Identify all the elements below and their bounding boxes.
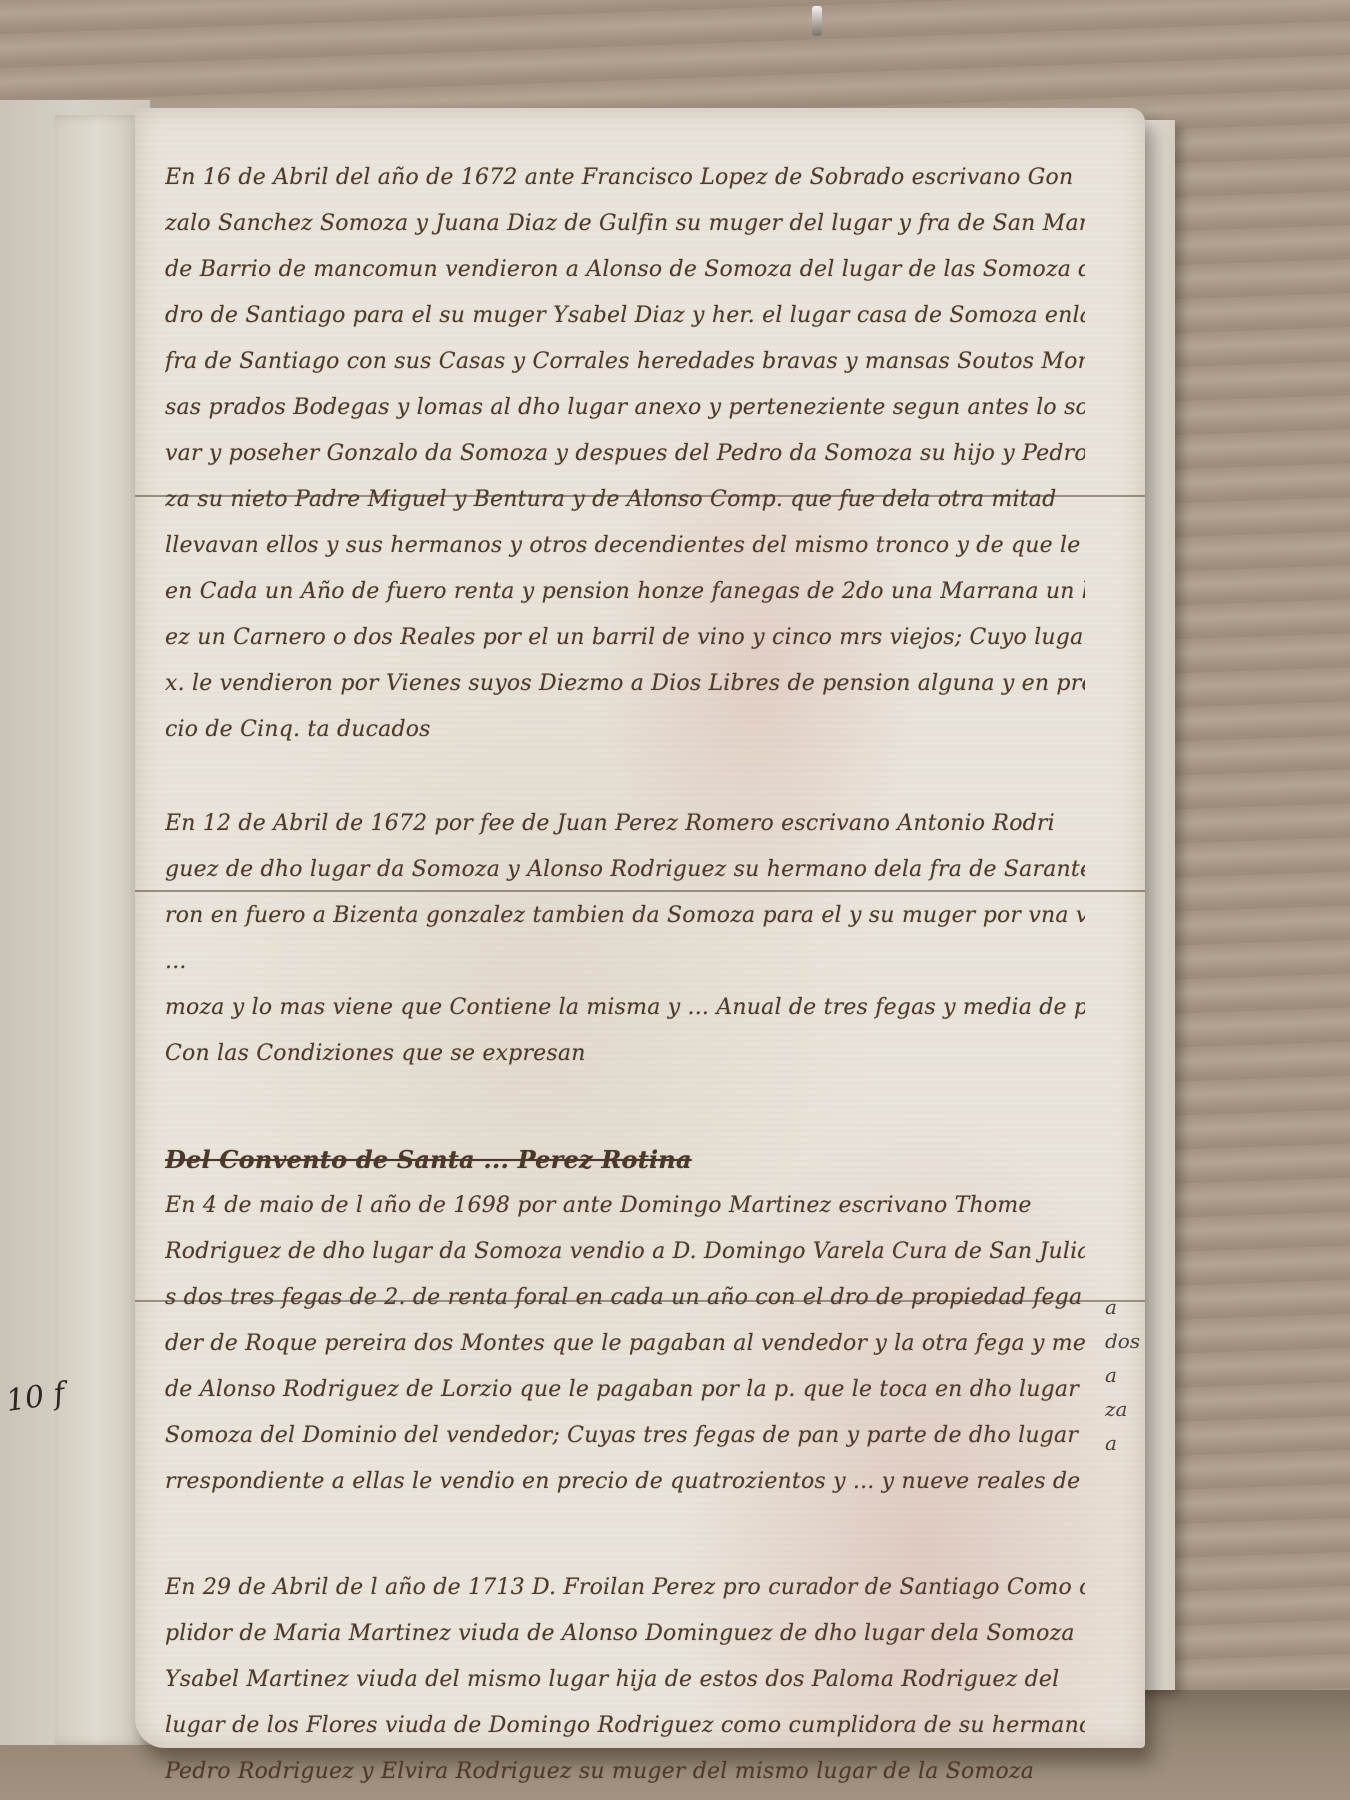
- manuscript-text: En 16 de Abril del año de 1672 ante Fran…: [165, 155, 1085, 1795]
- margin-note: a: [1105, 1426, 1165, 1460]
- margin-note: za: [1105, 1392, 1165, 1426]
- text-line: ez un Carnero o dos Reales por el un bar…: [165, 615, 1085, 661]
- right-margin-notes: a dos a za a: [1105, 1290, 1165, 1460]
- text-line: En 29 de Abril de l año de 1713 D. Froil…: [165, 1565, 1085, 1611]
- text-line: moza y lo mas viene que Contiene la mism…: [165, 985, 1085, 1031]
- text-line: var y poseher Gonzalo da Somoza y despue…: [165, 431, 1085, 477]
- text-line: za su nieto Padre Miguel y Bentura y de …: [165, 477, 1085, 523]
- entry-1698: Del Convento de Santa ... Perez Rotina E…: [165, 1137, 1085, 1505]
- text-line: En 12 de Abril de 1672 por fee de Juan P…: [165, 801, 1085, 847]
- text-line: cio de Cinq. ta ducados: [165, 707, 1085, 753]
- text-line: zalo Sanchez Somoza y Juana Diaz de Gulf…: [165, 201, 1085, 247]
- text-line: Ysabel Martinez viuda del mismo lugar hi…: [165, 1657, 1085, 1703]
- text-line: guez de dho lugar da Somoza y Alonso Rod…: [165, 847, 1085, 893]
- pin-icon: [812, 6, 822, 36]
- text-line: x. le vendieron por Vienes suyos Diezmo …: [165, 661, 1085, 707]
- entry-1672-april-12: En 12 de Abril de 1672 por fee de Juan P…: [165, 801, 1085, 1077]
- entry-heading: Del Convento de Santa ... Perez Rotina: [165, 1137, 1085, 1183]
- text-line: s dos tres fegas de 2. de renta foral en…: [165, 1275, 1085, 1321]
- text-line: Somoza del Dominio del vendedor; Cuyas t…: [165, 1413, 1085, 1459]
- text-line: de Barrio de mancomun vendieron a Alonso…: [165, 247, 1085, 293]
- text-line: En 16 de Abril del año de 1672 ante Fran…: [165, 155, 1085, 201]
- text-line: Rodriguez de dho lugar da Somoza vendio …: [165, 1229, 1085, 1275]
- text-line: llevavan ellos y sus hermanos y otros de…: [165, 523, 1085, 569]
- entry-1672-april-16: En 16 de Abril del año de 1672 ante Fran…: [165, 155, 1085, 753]
- text-line: ron en fuero a Bizenta gonzalez tambien …: [165, 893, 1085, 939]
- text-line: de Alonso Rodriguez de Lorzio que le pag…: [165, 1367, 1085, 1413]
- text-line: Pedro Rodriguez y Elvira Rodriguez su mu…: [165, 1749, 1085, 1795]
- text-line: En 4 de maio de l año de 1698 por ante D…: [165, 1183, 1085, 1229]
- margin-note: a: [1105, 1358, 1165, 1392]
- text-line: en Cada un Año de fuero renta y pension …: [165, 569, 1085, 615]
- text-line-illegible: ...: [165, 939, 1085, 985]
- text-line: der de Roque pereira dos Montes que le p…: [165, 1321, 1085, 1367]
- text-line: lugar de los Flores viuda de Domingo Rod…: [165, 1703, 1085, 1749]
- margin-note: dos: [1105, 1324, 1165, 1358]
- text-line: Con las Condiziones que se expresan: [165, 1031, 1085, 1077]
- spacer: [165, 753, 1085, 801]
- text-line: fra de Santiago con sus Casas y Corrales…: [165, 339, 1085, 385]
- text-line: sas prados Bodegas y lomas al dho lugar …: [165, 385, 1085, 431]
- spacer: [165, 1077, 1085, 1137]
- spacer: [165, 1505, 1085, 1565]
- text-line: dro de Santiago para el su muger Ysabel …: [165, 293, 1085, 339]
- text-line: plidor de Maria Martinez viuda de Alonso…: [165, 1611, 1085, 1657]
- margin-note: a: [1105, 1290, 1165, 1324]
- text-line: rrespondiente a ellas le vendio en preci…: [165, 1459, 1085, 1505]
- entry-1713: En 29 de Abril de l año de 1713 D. Froil…: [165, 1565, 1085, 1795]
